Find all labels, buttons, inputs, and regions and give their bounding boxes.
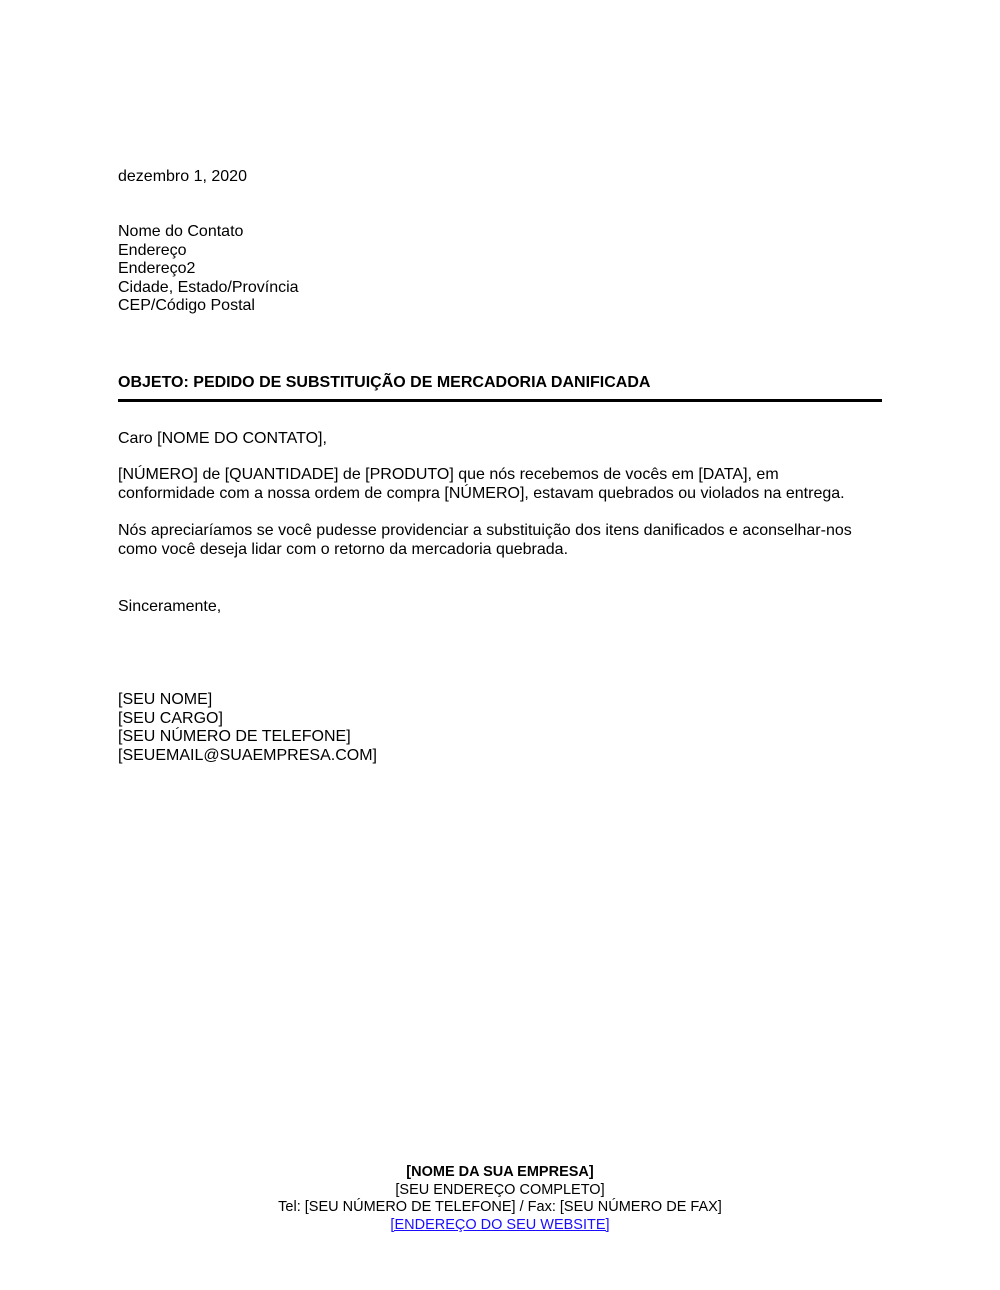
letterhead-footer: [NOME DA SUA EMPRESA] [SEU ENDEREÇO COMP…	[0, 1164, 1000, 1234]
paragraph-1-line-2: conformidade com a nossa ordem de compra…	[118, 485, 845, 504]
recipient-postal-code: CEP/Código Postal	[118, 297, 299, 316]
letter-closing: Sinceramente,	[118, 597, 221, 616]
signature-email: [SEUEMAIL@SUAEMPRESA.COM]	[118, 747, 377, 766]
footer-website-link[interactable]: [ENDEREÇO DO SEU WEBSITE]	[390, 1217, 609, 1233]
letter-date: dezembro 1, 2020	[118, 167, 247, 186]
signature-phone: [SEU NÚMERO DE TELEFONE]	[118, 728, 377, 747]
subject-divider	[118, 399, 882, 402]
recipient-address-line2: Endereço2	[118, 260, 299, 279]
footer-company-name: [NOME DA SUA EMPRESA]	[0, 1164, 1000, 1182]
signature-title: [SEU CARGO]	[118, 710, 377, 729]
recipient-name: Nome do Contato	[118, 223, 299, 242]
recipient-address: Nome do Contato Endereço Endereço2 Cidad…	[118, 223, 299, 316]
paragraph-2-line-2: como você deseja lidar com o retorno da …	[118, 541, 852, 560]
paragraph-1: [NÚMERO] de [QUANTIDADE] de [PRODUTO] qu…	[118, 466, 845, 503]
recipient-city-state: Cidade, Estado/Província	[118, 279, 299, 298]
signature-block: [SEU NOME] [SEU CARGO] [SEU NÚMERO DE TE…	[118, 691, 377, 765]
paragraph-2-line-1: Nós apreciaríamos se você pudesse provid…	[118, 522, 852, 541]
signature-name: [SEU NOME]	[118, 691, 377, 710]
footer-address: [SEU ENDEREÇO COMPLETO]	[0, 1182, 1000, 1200]
footer-contact: Tel: [SEU NÚMERO DE TELEFONE] / Fax: [SE…	[0, 1199, 1000, 1217]
letter-salutation: Caro [NOME DO CONTATO],	[118, 429, 327, 448]
paragraph-1-line-1: [NÚMERO] de [QUANTIDADE] de [PRODUTO] qu…	[118, 466, 845, 485]
letter-subject: OBJETO: PEDIDO DE SUBSTITUIÇÃO DE MERCAD…	[118, 373, 650, 392]
paragraph-2: Nós apreciaríamos se você pudesse provid…	[118, 522, 852, 559]
recipient-address-line1: Endereço	[118, 242, 299, 261]
